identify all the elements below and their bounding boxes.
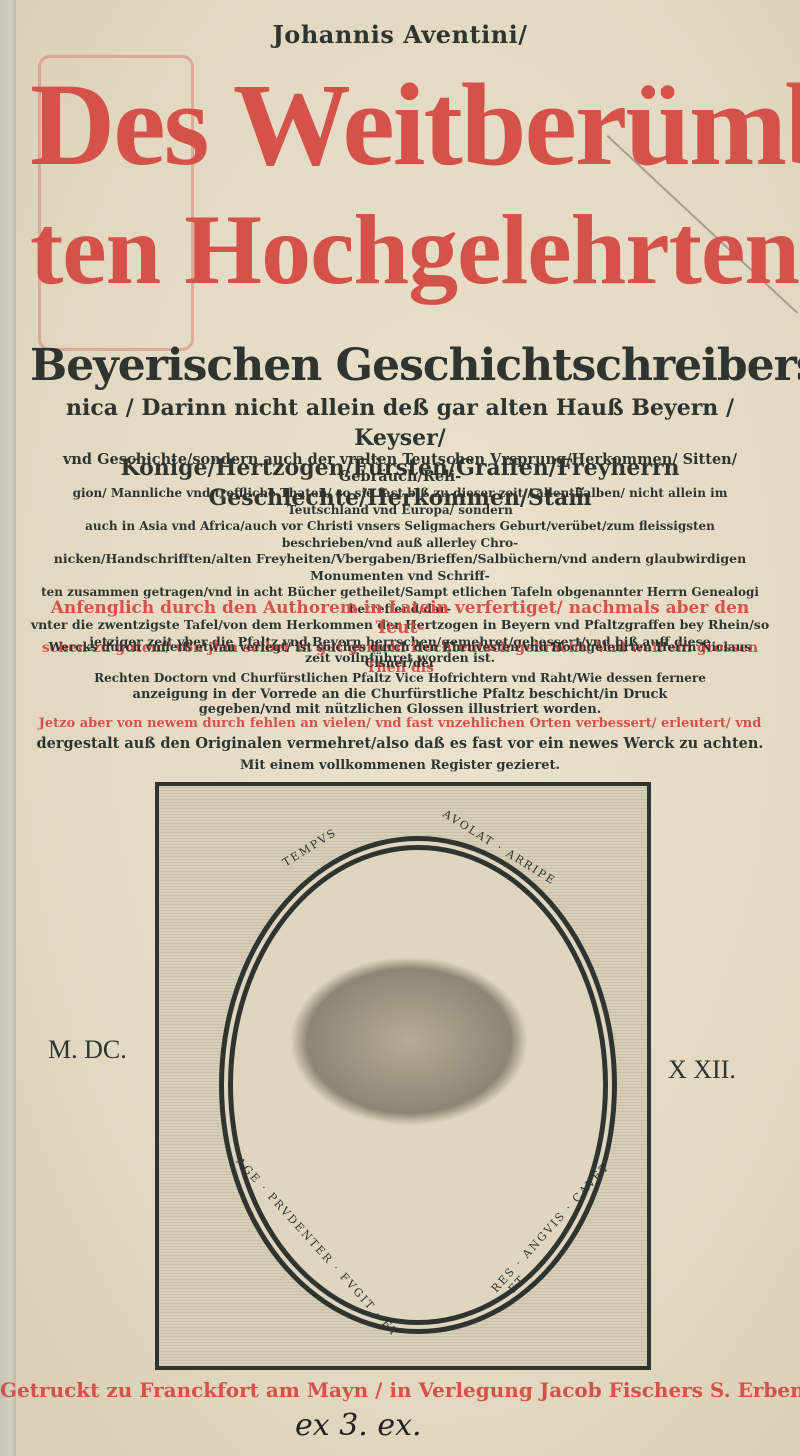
description-line: vnd Geschichte/sondern auch der vralten … [30,452,770,485]
printer-device-woodcut: TEMPVS AVOLAT · ARRIPE AGE · PRVDENTER ·… [155,782,651,1370]
binding-edge [0,0,16,1456]
edition-note: dergestalt auß den Originalen vermehret/… [30,735,770,752]
date-left: M. DC. [48,1035,127,1065]
title-line-3: Beyerischen Geschichtschreibers Chro= [30,340,780,391]
author-heading: Johannis Aventini/ [0,20,800,49]
title-page: Johannis Aventini/ Des Weitberümb- ten H… [0,0,800,1456]
imprint: Getruckt zu Franckfort am Mayn / in Verl… [0,1378,800,1402]
translation-line: anzeigung in der Vorrede an die Churfürs… [30,687,770,703]
date-right: X XII. [668,1055,736,1085]
translation-note-body: Wercks durch vnfleiß etwan verlegt/ ist … [30,640,770,718]
description-line: gion/ Mannliche vnd treffliche Thaten/ s… [30,485,770,518]
title-line-2: ten Hochgelehrten [30,195,770,305]
translation-line: Anfenglich durch den Authorem in Latein … [30,598,770,638]
description-line: nica / Darinn nicht allein deß gar alten… [30,393,770,453]
handwritten-annotation: ex 3. ex. [295,1408,422,1443]
edition-note-red: Jetzo aber von newem durch fehlen an vie… [30,715,770,732]
translation-line: Wercks durch vnfleiß etwan verlegt/ ist … [30,640,770,671]
description-line: nicken/Handschrifften/alten Freyheiten/V… [30,551,770,584]
title-line-1: Des Weitberümb- [30,60,770,190]
translation-line: Rechten Doctorn vnd Churfürstlichen Pfal… [30,671,770,687]
description-line: auch in Asia vnd Africa/auch vor Christi… [30,518,770,551]
woodcut-scene-stag-griffin [289,956,529,1126]
register-note: Mit einem vollkommenen Register gezieret… [30,758,770,773]
